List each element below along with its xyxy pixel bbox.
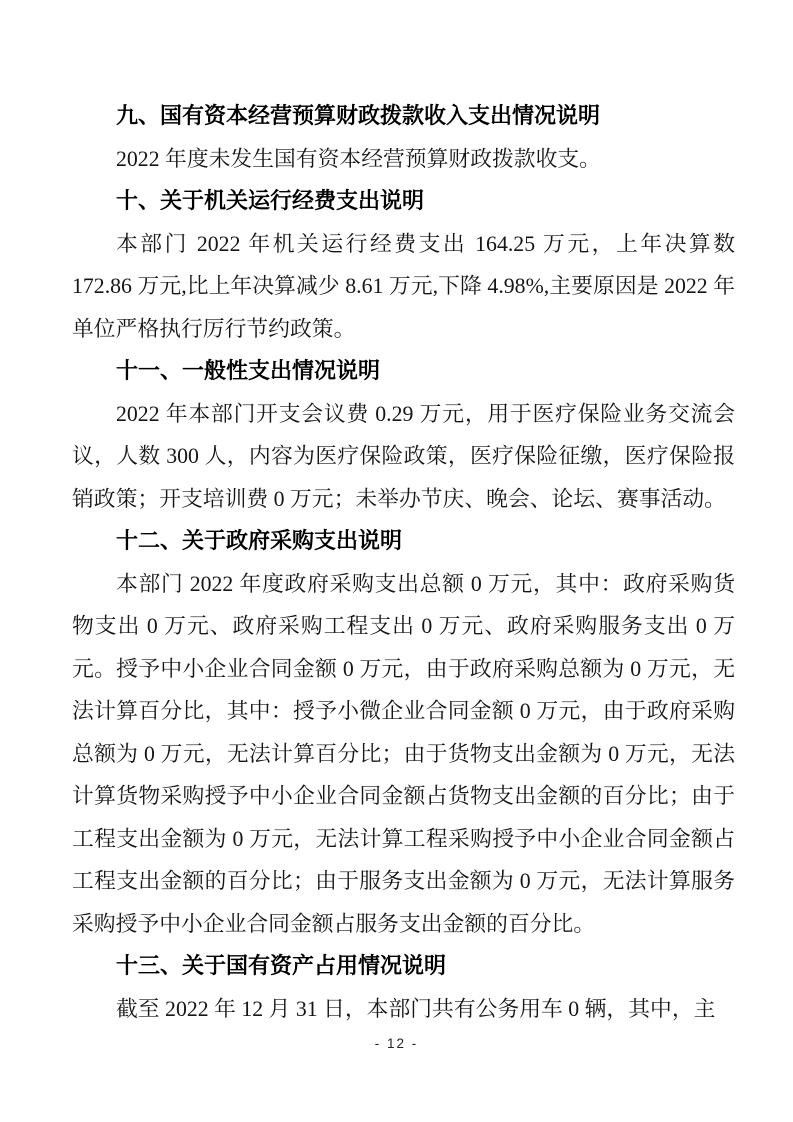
section-heading: 十二、关于政府采购支出说明 — [72, 520, 735, 563]
section-heading: 十三、关于国有资产占用情况说明 — [72, 945, 735, 988]
section-paragraph: 本部门 2022 年度政府采购支出总额 0 万元，其中：政府采购货物支出 0 万… — [72, 563, 735, 946]
document-page: 九、国有资本经营预算财政拨款收入支出情况说明 2022 年度未发生国有资本经营预… — [0, 0, 793, 1122]
page-number: - 12 - — [0, 1036, 793, 1051]
section: 十一、一般性支出情况说明 2022 年本部门开支会议费 0.29 万元，用于医疗… — [72, 350, 735, 520]
section-paragraph: 截至 2022 年 12 月 31 日，本部门共有公务用车 0 辆，其中，主 — [72, 988, 735, 1031]
section: 九、国有资本经营预算财政拨款收入支出情况说明 2022 年度未发生国有资本经营预… — [72, 95, 735, 180]
section-heading: 十、关于机关运行经费支出说明 — [72, 180, 735, 223]
document-content: 九、国有资本经营预算财政拨款收入支出情况说明 2022 年度未发生国有资本经营预… — [72, 95, 735, 1030]
section-paragraph: 2022 年度未发生国有资本经营预算财政拨款收支。 — [72, 138, 735, 181]
section-paragraph: 2022 年本部门开支会议费 0.29 万元，用于医疗保险业务交流会议，人数 3… — [72, 393, 735, 521]
section: 十三、关于国有资产占用情况说明 截至 2022 年 12 月 31 日，本部门共… — [72, 945, 735, 1030]
section-paragraph: 本部门 2022 年机关运行经费支出 164.25 万元，上年决算数 172.8… — [72, 223, 735, 351]
section-heading: 九、国有资本经营预算财政拨款收入支出情况说明 — [72, 95, 735, 138]
section: 十、关于机关运行经费支出说明 本部门 2022 年机关运行经费支出 164.25… — [72, 180, 735, 350]
section-heading: 十一、一般性支出情况说明 — [72, 350, 735, 393]
section: 十二、关于政府采购支出说明 本部门 2022 年度政府采购支出总额 0 万元，其… — [72, 520, 735, 945]
